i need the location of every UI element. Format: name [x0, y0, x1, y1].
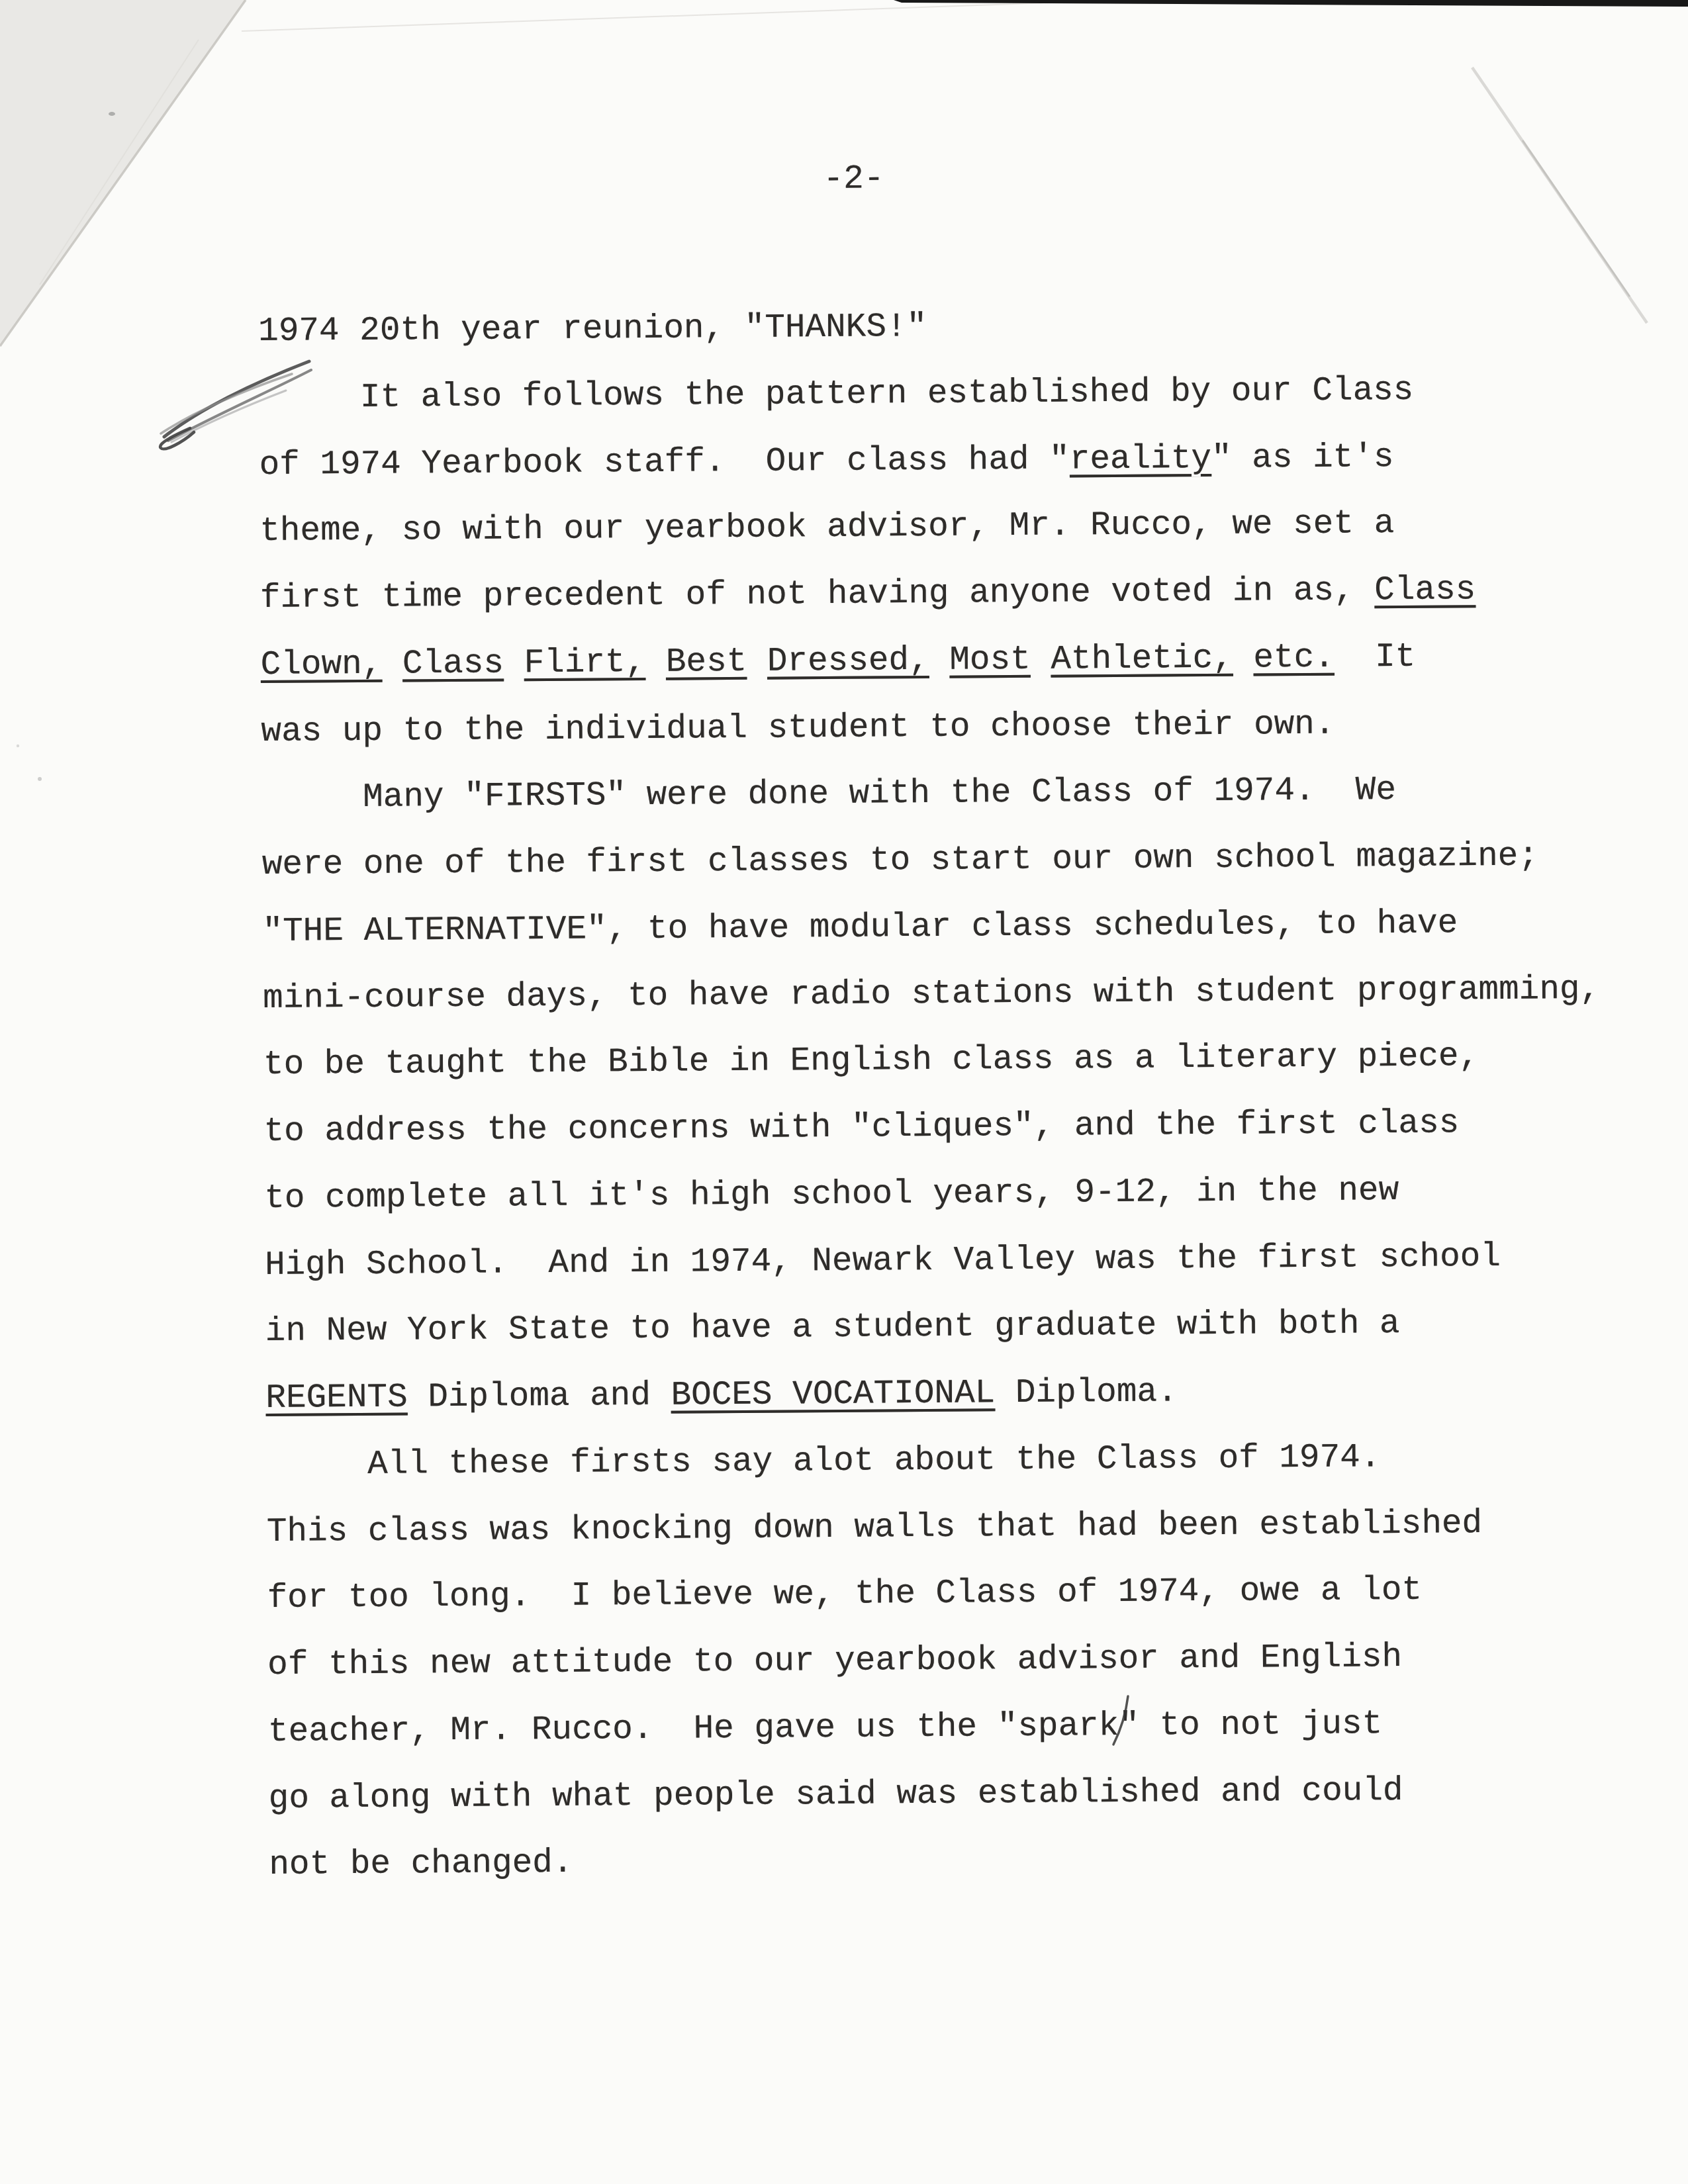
text-line: for too long. I believe we, the Class of… [267, 1574, 1422, 1615]
text-line: teacher, Mr. Rucco. He gave us the "spar… [268, 1707, 1383, 1749]
text-line: go along with what people said was estab… [269, 1774, 1403, 1815]
text-line: were one of the first classes to start o… [262, 840, 1538, 882]
text-line: to be taught the Bible in English class … [263, 1040, 1479, 1082]
text-line: It also follows the pattern established … [259, 374, 1414, 416]
text-line: Clown, Class Flirt, Best Dressed, Most A… [261, 641, 1416, 682]
text-line: "THE ALTERNATIVE", to have modular class… [262, 907, 1458, 949]
text-line: High School. And in 1974, Newark Valley … [265, 1240, 1501, 1282]
text-line: not be changed. [269, 1846, 573, 1882]
text-line: All these firsts say alot about the Clas… [266, 1441, 1381, 1482]
text-line: was up to the individual student to choo… [261, 707, 1335, 749]
text-line: Many "FIRSTS" were done with the Class o… [261, 774, 1396, 815]
text-line: This class was knocking down walls that … [267, 1507, 1483, 1549]
scanned-page: -2- 1974 20th year reunion, "THANKS!" It… [0, 0, 1688, 2184]
text-line: REGENTS Diploma and BOCES VOCATIONAL Dip… [265, 1375, 1178, 1416]
text-line: in New York State to have a student grad… [265, 1307, 1400, 1349]
text-line: theme, so with our yearbook advisor, Mr.… [259, 507, 1394, 549]
document-body: -2- 1974 20th year reunion, "THANKS!" It… [0, 0, 1688, 2184]
text-line: to complete all it's high school years, … [264, 1174, 1399, 1216]
text-line: of this new attitude to our yearbook adv… [267, 1641, 1402, 1682]
page-number: -2- [823, 162, 884, 197]
text-line: of 1974 Yearbook staff. Our class had "r… [259, 441, 1393, 482]
text-line: to address the concerns with "cliques", … [263, 1107, 1459, 1149]
text-line: mini-course days, to have radio stations… [263, 972, 1600, 1015]
text-line: 1974 20th year reunion, "THANKS!" [258, 310, 927, 349]
text-line: first time precedent of not having anyon… [260, 573, 1476, 615]
